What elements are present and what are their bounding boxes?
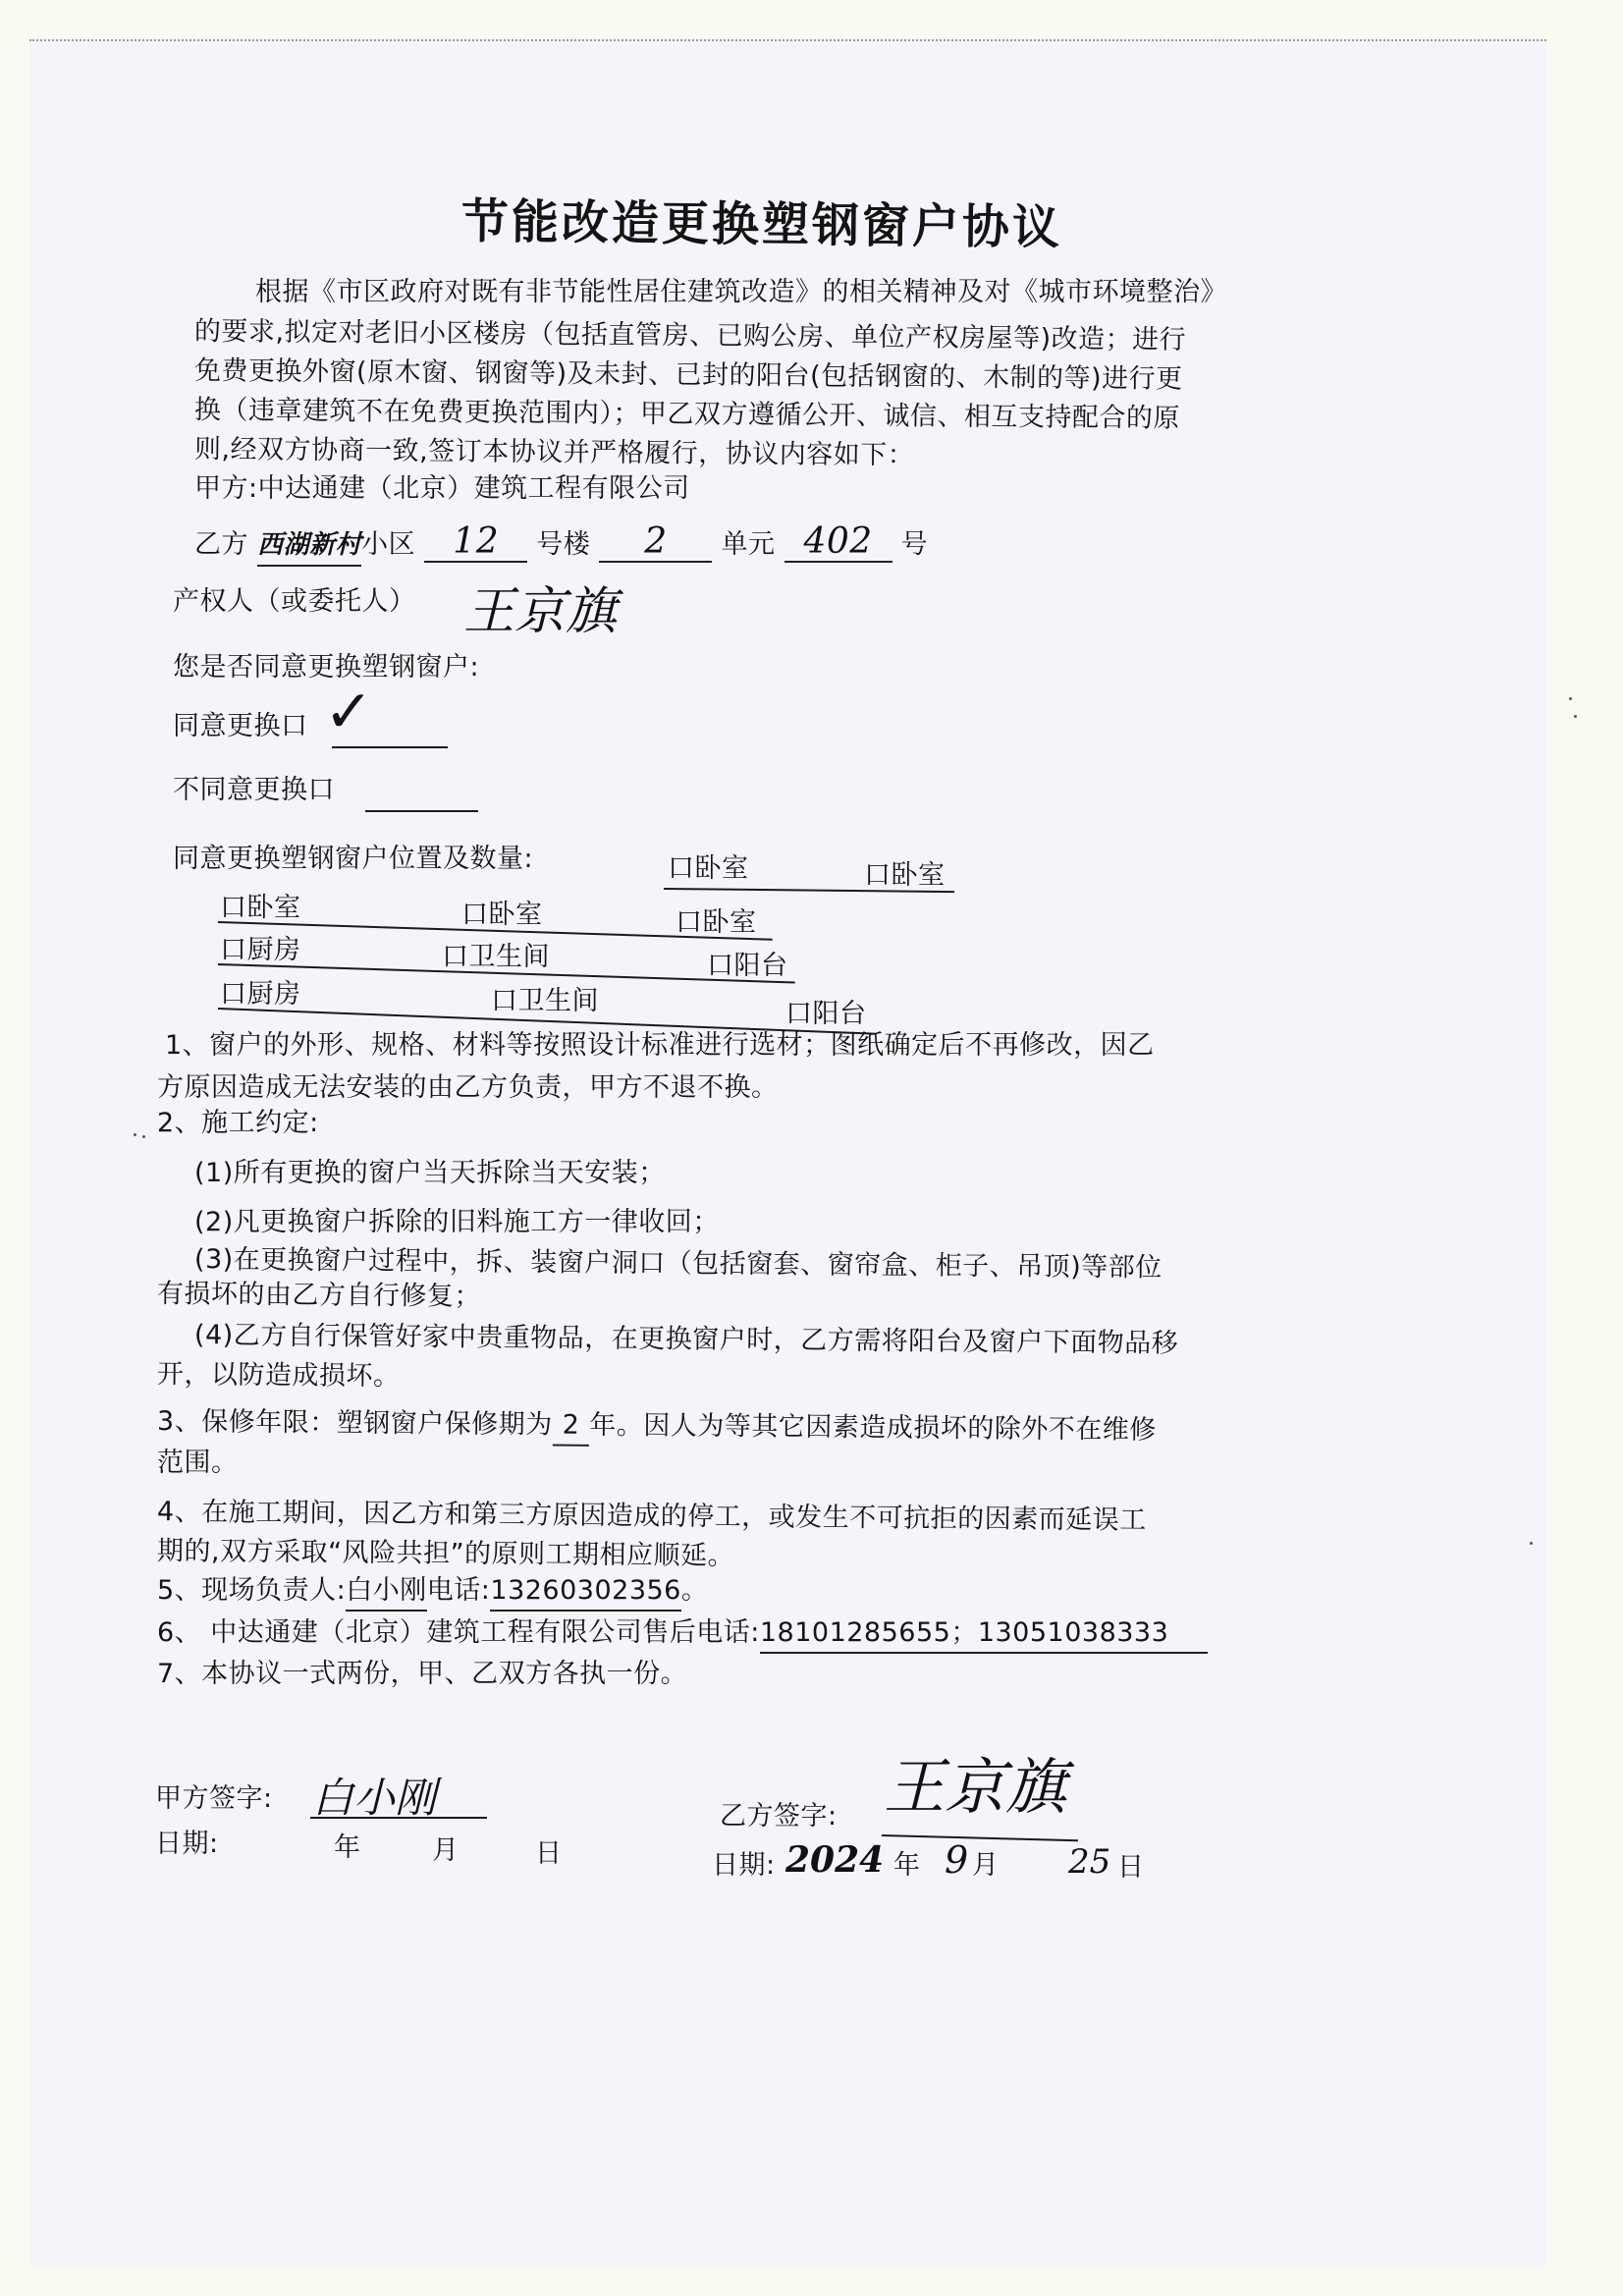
agree-underline <box>332 746 448 748</box>
party-b-year[interactable]: 2024 <box>785 1839 884 1881</box>
consent-agree-label: 同意更换 <box>173 711 281 741</box>
clause-6-prefix: 6、 中达通建（北京）建筑工程有限公司售后电话: <box>157 1617 760 1648</box>
clause-1-line-2: 方原因造成无法安装的由乙方负责，甲方不退不换。 <box>157 1068 779 1107</box>
party-b-line: 乙方 西湖新村小区 12 号楼 2 单元 402 号 <box>194 522 928 567</box>
building-suffix: 号楼 <box>536 529 590 560</box>
intro-line-5: 则,经双方协商一致,签订本协议并严格履行，协议内容如下： <box>194 430 914 474</box>
document-title: 节能改造更换塑钢窗户协议 <box>461 184 1063 257</box>
disagree-underline <box>365 810 478 812</box>
party-b-day[interactable]: 25 <box>1068 1842 1110 1882</box>
site-manager-name: 白小刚 <box>346 1571 427 1612</box>
scan-speck <box>134 1133 136 1136</box>
consent-disagree-option[interactable]: 不同意更换口 <box>173 771 335 809</box>
party-a-day-unit: 日 <box>535 1834 563 1873</box>
party-a-month-unit: 月 <box>432 1831 460 1870</box>
locations-label: 同意更换塑钢窗户位置及数量: <box>173 840 533 878</box>
scan-speck <box>1530 1542 1533 1545</box>
clause-5: 5、现场负责人:白小刚电话:13260302356。 <box>157 1571 708 1612</box>
party-b-year-unit: 年 <box>893 1846 921 1885</box>
warranty-years: 2 <box>552 1406 589 1447</box>
intro-line-1: 根据《市区政府对既有非节能性居住建筑改造》的相关精神及对《城市环境整治》 <box>255 273 1227 311</box>
consent-disagree-label: 不同意更换 <box>173 775 308 805</box>
party-b-month[interactable]: 9 <box>945 1838 968 1882</box>
clause-3-suffix: 年。因人为等其它因素造成损坏的除外不在维修 <box>589 1410 1157 1446</box>
location-bathroom-2[interactable]: 口卫生间 <box>491 982 599 1020</box>
party-a-line: 甲方:中达通建（北京）建筑工程有限公司 <box>194 469 690 508</box>
party-a-signature-underline <box>310 1817 487 1819</box>
owner-label: 产权人（或委托人） <box>173 582 416 621</box>
after-sales-phones: 18101285655；13051038333 <box>760 1613 1208 1654</box>
clause-6: 6、 中达通建（北京）建筑工程有限公司售后电话:18101285655；1305… <box>157 1613 1208 1654</box>
owner-signature: 王京旗 <box>463 570 617 643</box>
checkbox-agree[interactable]: 口 <box>281 711 308 741</box>
party-a-date-label: 日期: <box>155 1825 219 1863</box>
party-a-name: 中达通建（北京）建筑工程有限公司 <box>258 473 690 504</box>
scan-speck <box>1574 715 1577 718</box>
building-number-field[interactable]: 12 <box>424 522 527 563</box>
clause-2-2: (2)凡更换窗户拆除的旧料施工方一律收回； <box>194 1203 720 1241</box>
clause-1-line-1: 1、窗户的外形、规格、材料等按照设计标准进行选材；图纸确定后不再修改，因乙 <box>165 1026 1155 1065</box>
unit-number-field[interactable]: 2 <box>599 522 712 563</box>
clause-5-end: 。 <box>681 1575 709 1606</box>
party-b-date-label: 日期: <box>712 1846 776 1885</box>
location-bedroom-4[interactable]: 口卧室 <box>461 896 543 934</box>
party-b-label: 乙方 <box>194 529 248 560</box>
party-b-signature-label: 乙方签字: <box>720 1797 838 1835</box>
scan-speck <box>142 1135 145 1138</box>
location-bedroom-2[interactable]: 口卧室 <box>864 856 946 895</box>
party-a-label: 甲方: <box>194 473 258 504</box>
location-bedroom-1[interactable]: 口卧室 <box>668 849 749 888</box>
party-b-month-unit: 月 <box>972 1846 1000 1885</box>
scan-speck <box>1569 697 1572 700</box>
phone-label: 电话: <box>427 1575 491 1606</box>
clause-2-1: (1)所有更换的窗户当天拆除当天安装； <box>194 1154 666 1192</box>
party-b-signature[interactable]: 王京旗 <box>884 1738 1066 1826</box>
party-a-signature-label: 甲方签字: <box>155 1779 273 1818</box>
clause-7: 7、本协议一式两份，甲、乙双方各执一份。 <box>157 1655 687 1693</box>
check-mark-icon: ✓ <box>324 678 373 746</box>
clause-5-prefix: 5、现场负责人: <box>157 1575 346 1606</box>
community-name-handwritten: 西湖新村 <box>257 526 361 567</box>
clause-2-heading: 2、施工约定: <box>157 1104 319 1142</box>
clause-3-line-2: 范围。 <box>157 1444 239 1482</box>
consent-agree-option[interactable]: 同意更换口 <box>173 707 308 745</box>
clause-3-prefix: 3、保修年限：塑钢窗户保修期为 <box>157 1406 553 1441</box>
clause-2-3-line-2: 有损坏的由乙方自行修复； <box>157 1275 481 1316</box>
community-suffix: 小区 <box>361 529 415 560</box>
clause-4-line-2: 期的,双方采取“风险共担”的原则工期相应顺延。 <box>157 1532 734 1575</box>
party-b-day-unit: 日 <box>1117 1848 1145 1886</box>
unit-suffix: 单元 <box>721 529 775 560</box>
clause-2-4-line-2: 开，以防造成损坏。 <box>157 1355 401 1395</box>
room-suffix: 号 <box>901 529 929 560</box>
party-a-signature[interactable]: 白小刚 <box>312 1766 436 1825</box>
room-number-field[interactable]: 402 <box>784 522 893 563</box>
party-a-year-unit: 年 <box>334 1829 361 1867</box>
checkbox-disagree[interactable]: 口 <box>308 775 336 805</box>
site-manager-phone: 13260302356 <box>490 1571 680 1612</box>
